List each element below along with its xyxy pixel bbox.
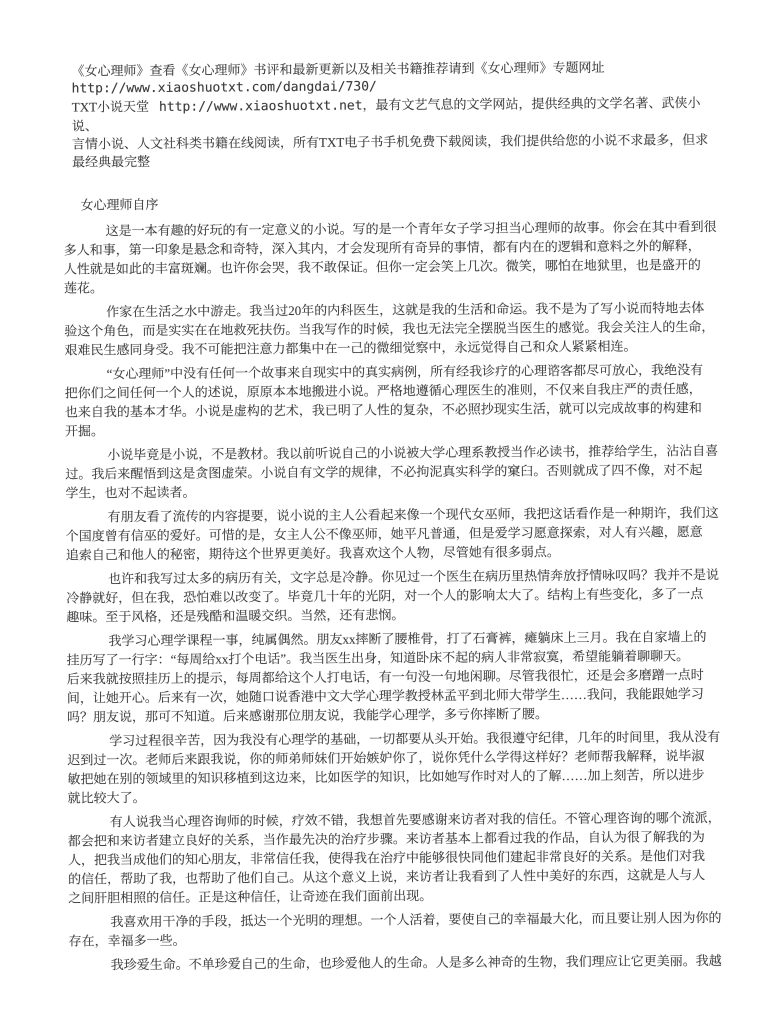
paragraph: “女心理师”中没有任何一个故事来自现实中的真实病例，所有经我诊疗的心理谘客都尽可…	[65, 360, 726, 441]
promo-line-site: TXT小说天堂http://www.xiaoshuotxt.net，最有文艺气息…	[72, 94, 718, 172]
paragraph: 也许和我写过太多的病历有关，文字总是冷静。你见过一个医生在病历里热情奔放抒情咏叹…	[66, 565, 726, 627]
site-url: http://www.xiaoshuotxt.net	[159, 98, 363, 114]
site-promo-header: 《女心理师》查看《女心理师》书评和最新更新以及相关书籍推荐请到《女心理师》专题网…	[71, 58, 718, 172]
paragraph: 有朋友看了流传的内容提要，说小说的主人公看起来像一个现代女巫师，我把这话看作是一…	[66, 503, 726, 565]
scanned-book-page: 《女心理师》查看《女心理师》书评和最新更新以及相关书籍推荐请到《女心理师》专题网…	[0, 0, 768, 1024]
paragraph: 我喜欢用干净的手段，抵达一个光明的理想。一个人活着，要使自己的幸福最大化，而且要…	[68, 908, 728, 951]
site-name: TXT小说天堂	[72, 99, 149, 115]
paragraph: 小说毕竟是小说，不是教材。我以前听说自己的小说被大学心理系教授当作必读书，推荐给…	[65, 441, 725, 503]
page-title: 女心理师自序	[80, 191, 723, 214]
preface-content: 女心理师自序 这是一本有趣的好玩的有一定意义的小说。写的是一个青年女子学习担当心…	[63, 191, 728, 980]
page-sheet: 《女心理师》查看《女心理师》书评和最新更新以及相关书籍推荐请到《女心理师》专题网…	[0, 0, 768, 1024]
paragraph: 作家在生活之水中游走。我当过20年的内科医生，这就是我的生活和命运。我不是为了写…	[64, 298, 724, 360]
paragraph: 我珍爱生命。不单珍爱自己的生命，也珍爱他人的生命。人是多么神奇的生物，我们理应让…	[69, 951, 729, 975]
paragraph: 有人说我当心理咨询师的时候，疗效不错，我想首先要感谢来访者对我的信任。不管心理咨…	[68, 808, 729, 908]
paragraph: 这是一本有趣的好玩的有一定意义的小说。写的是一个青年女子学习担当心理师的故事。你…	[64, 217, 725, 298]
paragraph: 学习过程很辛苦，因为我没有心理学的基础，一切都要从头开始。我很遵守纪律，几年的时…	[67, 727, 728, 808]
paragraph: 我学习心理学课程一事，纯属偶然。朋友xx摔断了腰椎骨，打了石膏裤，瘫躺床上三月。…	[66, 627, 727, 727]
